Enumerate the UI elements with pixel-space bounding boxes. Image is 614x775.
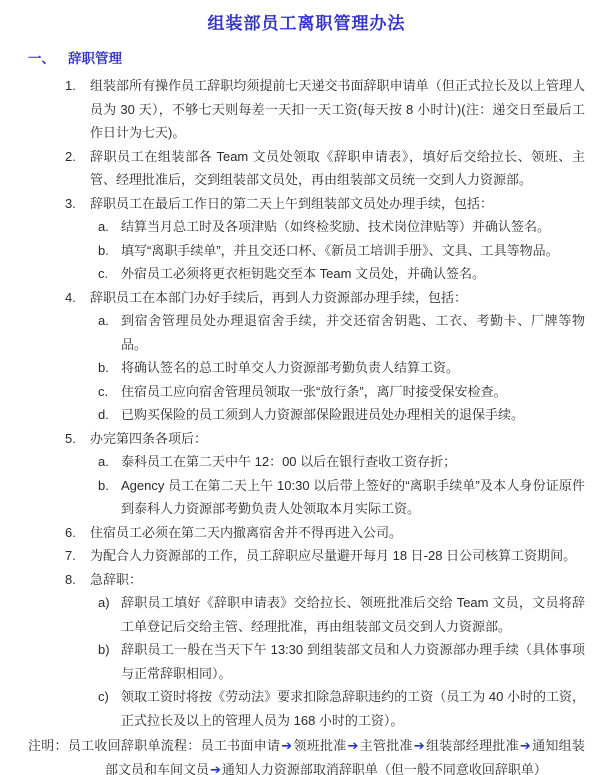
sub-item-marker: c.	[98, 380, 108, 404]
sub-item-text: Agency 员工在第二天上午 10:30 以后带上签好的“离职手续单”及本人身…	[121, 478, 585, 517]
list-item-5: 5. 办完第四条各项后：	[28, 427, 585, 451]
list-item-6: 6. 住宿员工必须在第二天内撤离宿舍并不得再进入公司。	[28, 521, 585, 545]
flow-arrow-icon: ➔	[347, 738, 360, 753]
list-item-text: 急辞职：	[90, 572, 142, 587]
sub-item-text: 到宿舍管理员处办理退宿舍手续，并交还宿舍钥匙、工衣、考勤卡、厂牌等物品。	[121, 313, 585, 352]
sub-item-3b: b. 填写“离职手续单”，并且交还口杯、《新员工培训手册》、文具、工具等物品。	[28, 239, 585, 263]
flow-arrow-icon: ➔	[519, 738, 532, 753]
sub-item-marker: b.	[98, 356, 109, 380]
note-label: 注明：	[28, 738, 68, 753]
sub-item-5a: a. 泰科员工在第二天中午 12：00 以后在银行查收工资存折；	[28, 450, 585, 474]
sub-item-marker: a)	[98, 591, 110, 615]
list-item-marker: 3.	[65, 192, 76, 216]
list-item-marker: 2.	[65, 145, 76, 169]
sub-item-3c: c. 外宿员工必须将更衣柜钥匙交至本 Team 文员处，并确认签名。	[28, 262, 585, 286]
list-item-text: 办完第四条各项后：	[90, 431, 207, 446]
list-item-3: 3. 辞职员工在最后工作日的第二天上午到组装部文员处办理手续，包括：	[28, 192, 585, 216]
note-step: 员工书面申请	[201, 738, 281, 753]
sub-item-text: 领取工资时将按《劳动法》要求扣除急辞职违约的工资（员工为 40 小时的工资，正式…	[121, 689, 585, 728]
note-step: 通知人力资源部取消辞职单（但一般不同意收回辞职单）	[222, 762, 547, 775]
list-item-marker: 6.	[65, 521, 76, 545]
sub-item-8c: c) 领取工资时将按《劳动法》要求扣除急辞职违约的工资（员工为 40 小时的工资…	[28, 685, 585, 732]
list-item-text: 住宿员工必须在第二天内撤离宿舍并不得再进入公司。	[90, 525, 402, 540]
note-step: 主管批准	[359, 738, 412, 753]
list-item-marker: 8.	[65, 568, 76, 592]
flow-arrow-icon: ➔	[209, 762, 222, 775]
note-line: 注明：员工收回辞职单流程：员工书面申请➔领班批准➔主管批准➔组装部经理批准➔通知…	[28, 734, 585, 775]
sub-item-4b: b. 将确认签名的总工时单交人力资源部考勤负责人结算工资。	[28, 356, 585, 380]
sub-item-4d: d. 已购买保险的员工须到人力资源部保险跟进员处办理相关的退保手续。	[28, 403, 585, 427]
list-item-text: 辞职员工在最后工作日的第二天上午到组装部文员处办理手续，包括：	[90, 196, 493, 211]
sub-item-text: 将确认签名的总工时单交人力资源部考勤负责人结算工资。	[121, 360, 459, 375]
list-item-marker: 4.	[65, 286, 76, 310]
note-prefix: 员工收回辞职单流程：	[68, 738, 201, 753]
list-item-marker: 1.	[65, 74, 76, 98]
list-item-1: 1. 组装部所有操作员工辞职均须提前七天递交书面辞职申请单（但正式拉长及以上管理…	[28, 74, 585, 145]
list-item-text: 辞职员工在本部门办好手续后，再到人力资源部办理手续，包括：	[90, 290, 467, 305]
sub-item-marker: b)	[98, 638, 110, 662]
sub-item-text: 已购买保险的员工须到人力资源部保险跟进员处办理相关的退保手续。	[121, 407, 524, 422]
sub-item-marker: c.	[98, 262, 108, 286]
sub-item-marker: c)	[98, 685, 109, 709]
page-title: 组装部员工离职管理办法	[28, 9, 585, 34]
sub-item-8b: b) 辞职员工一般在当天下午 13:30 到组装部文员和人力资源部办理手续（具体…	[28, 638, 585, 685]
list-item-7: 7. 为配合人力资源部的工作，员工辞职应尽量避开每月 18 日-28 日公司核算…	[28, 544, 585, 568]
list-item-4: 4. 辞职员工在本部门办好手续后，再到人力资源部办理手续，包括：	[28, 286, 585, 310]
sub-item-3a: a. 结算当月总工时及各项津贴（如终检奖励、技术岗位津贴等）并确认签名。	[28, 215, 585, 239]
list-item-2: 2. 辞职员工在组装部各 Team 文员处领取《辞职申请表》，填好后交给拉长、领…	[28, 145, 585, 192]
sub-item-marker: d.	[98, 403, 109, 427]
sub-item-marker: a.	[98, 309, 109, 333]
section-heading: 一、辞职管理	[28, 47, 585, 70]
sub-item-text: 填写“离职手续单”，并且交还口杯、《新员工培训手册》、文具、工具等物品。	[121, 243, 559, 258]
sub-item-text: 住宿员工应向宿舍管理员领取一张“放行条”，离厂时接受保安检查。	[121, 384, 507, 399]
sub-item-5b: b. Agency 员工在第二天上午 10:30 以后带上签好的“离职手续单”及…	[28, 474, 585, 521]
sub-item-marker: b.	[98, 474, 109, 498]
sub-item-marker: a.	[98, 215, 109, 239]
sub-item-text: 辞职员工一般在当天下午 13:30 到组装部文员和人力资源部办理手续（具体事项与…	[121, 642, 585, 681]
sub-item-text: 外宿员工必须将更衣柜钥匙交至本 Team 文员处，并确认签名。	[121, 266, 485, 281]
sub-item-4c: c. 住宿员工应向宿舍管理员领取一张“放行条”，离厂时接受保安检查。	[28, 380, 585, 404]
sub-item-text: 泰科员工在第二天中午 12：00 以后在银行查收工资存折；	[121, 454, 456, 469]
sub-item-text: 辞职员工填好《辞职申请表》交给拉长、领班批准后交给 Team 文员，文员将辞工单…	[121, 595, 585, 634]
list-item-8: 8. 急辞职：	[28, 568, 585, 592]
sub-item-text: 结算当月总工时及各项津贴（如终检奖励、技术岗位津贴等）并确认签名。	[121, 219, 550, 234]
list-item-text: 辞职员工在组装部各 Team 文员处领取《辞职申请表》，填好后交给拉长、领班、主…	[90, 149, 585, 188]
sub-item-4a: a. 到宿舍管理员处办理退宿舍手续，并交还宿舍钥匙、工衣、考勤卡、厂牌等物品。	[28, 309, 585, 356]
sub-item-8a: a) 辞职员工填好《辞职申请表》交给拉长、领班批准后交给 Team 文员，文员将…	[28, 591, 585, 638]
flow-arrow-icon: ➔	[280, 738, 293, 753]
list-item-marker: 7.	[65, 544, 76, 568]
note-step: 领班批准	[293, 738, 346, 753]
flow-arrow-icon: ➔	[413, 738, 426, 753]
section-number: 一、	[28, 51, 55, 66]
list-item-text: 组装部所有操作员工辞职均须提前七天递交书面辞职申请单（但正式拉长及以上管理人员为…	[90, 78, 585, 140]
list-item-marker: 5.	[65, 427, 76, 451]
list-item-text: 为配合人力资源部的工作，员工辞职应尽量避开每月 18 日-28 日公司核算工资期…	[90, 548, 576, 563]
section-label: 辞职管理	[68, 51, 122, 66]
sub-item-marker: a.	[98, 450, 109, 474]
document-page: 组装部员工离职管理办法 一、辞职管理 1. 组装部所有操作员工辞职均须提前七天递…	[0, 0, 614, 775]
sub-item-marker: b.	[98, 239, 109, 263]
note-step: 组装部经理批准	[426, 738, 519, 753]
